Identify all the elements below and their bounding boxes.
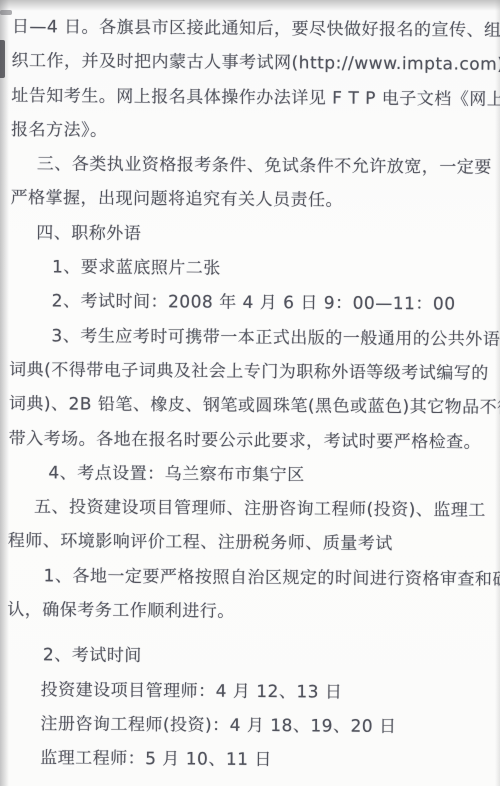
scan-artifact-corner-smudge [0, 10, 12, 15]
document-line-section-5: 五、投资建设项目管理师、注册咨询工程师(投资)、监理工 [8, 490, 486, 528]
scan-artifact-left-dash [0, 40, 5, 78]
document-text-block: 日—4 日。各旗县市区接此通知后，要尽快做好报名的宣传、组 织工作，并及时把内蒙… [6, 10, 490, 779]
document-line: 织工作，并及时把内蒙古人事考试网(http://www.impta.com)网 [11, 44, 489, 82]
document-line: 报名方法》。 [11, 113, 489, 151]
document-line-item-1-lower: 1、各地一定要严格按照自治区规定的时间进行资格审查和确 [7, 559, 485, 597]
scan-edge-top-shadow [0, 0, 500, 11]
document-line-schedule-manager: 投资建设项目管理师：4 月 12、13 日 [7, 673, 485, 711]
document-line: 严格掌握，出现问题将追究有关人员责任。 [10, 181, 488, 219]
scan-edge-right-shadow [495, 0, 500, 786]
document-line: 程师、环境影响评价工程、注册税务师、质量考试 [8, 524, 486, 562]
document-line: 带入考场。各地在报名时要公示此要求，考试时要严格检查。 [8, 422, 486, 460]
document-line-schedule-supervisor: 监理工程师：5 月 10、11 日 [6, 741, 484, 779]
document-line: 词典(不得带电子词典及社会上专门为职称外语等级考试编写的 [9, 353, 487, 391]
document-line: 认，确保考务工作顺利进行。 [7, 593, 485, 631]
document-line-item-2-lower: 2、考试时间 [7, 638, 485, 676]
document-line-item-2-exam-time: 2、考试时间：2008 年 4 月 6 日 9：00—11：00 [10, 284, 488, 322]
document-line: 址告知考生。网上报名具体操作办法详见 F T P 电子文档《网上 [11, 79, 489, 117]
scanned-page: 日—4 日。各旗县市区接此通知后，要尽快做好报名的宣传、组 织工作，并及时把内蒙… [0, 0, 500, 786]
document-line-section-4: 四、职称外语 [10, 216, 488, 254]
document-line-item-1: 1、要求蓝底照片二张 [10, 250, 488, 288]
document-line-section-3: 三、各类执业资格报考条件、免试条件不允许放宽，一定要 [11, 147, 489, 185]
document-line-schedule-consultant: 注册咨询工程师(投资)：4 月 18、19、20 日 [6, 707, 484, 745]
document-line-item-4-exam-site: 4、考点设置：乌兰察布市集宁区 [8, 456, 486, 494]
document-line: 词典)、2B 铅笔、橡皮、钢笔或圆珠笔(黑色或蓝色)其它物品不得 [9, 387, 487, 425]
document-line-item-3: 3、考生应考时可携带一本正式出版的一般通用的公共外语 [9, 319, 487, 357]
document-line: 日—4 日。各旗县市区接此通知后，要尽快做好报名的宣传、组 [12, 10, 490, 48]
